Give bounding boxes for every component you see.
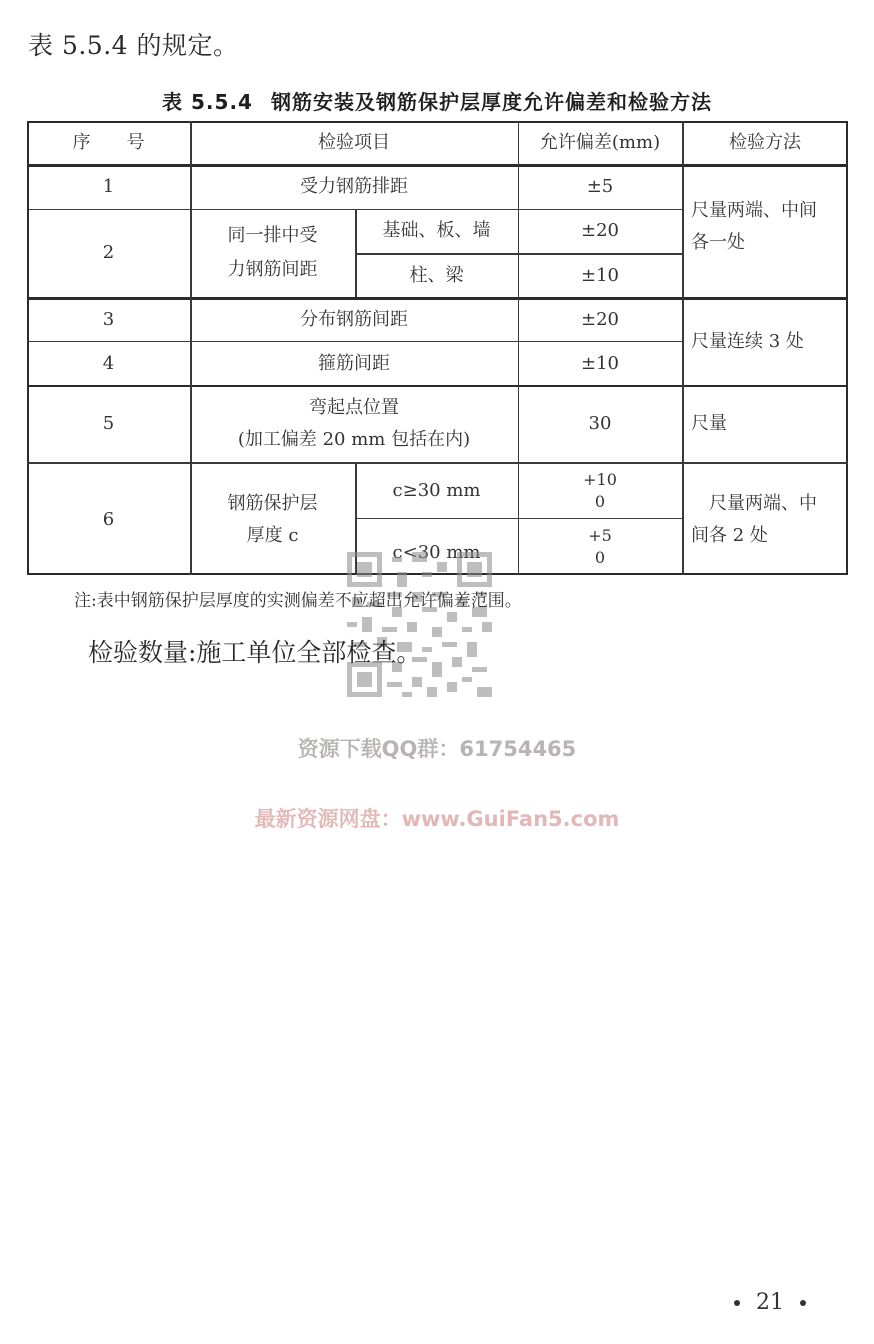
row1-item: 受力钢筋排距 [190, 165, 518, 209]
bullet-dot-icon [800, 1300, 806, 1306]
tolerance-lower: 0 [595, 491, 605, 513]
row6-item-line1: 钢筋保护层 [228, 488, 318, 520]
method-line: 间各 2 处 [691, 520, 817, 552]
header-tolerance: 允许偏差(mm) [518, 121, 682, 164]
row5-tolerance: 30 [518, 386, 682, 462]
row3-no: 3 [27, 299, 190, 341]
row2-item: 同一排中受 力钢筋间距 [190, 209, 355, 297]
table-note: 注:表中钢筋保护层厚度的实测偏差不应超出允许偏差范围。 [74, 586, 522, 611]
method-line: 尺量两端、中间 [691, 195, 817, 227]
header-no: 序 号 [27, 121, 190, 164]
row4-no: 4 [27, 342, 190, 385]
table-caption-title: 钢筋安装及钢筋保护层厚度允许偏差和检验方法 [271, 90, 712, 114]
row2-no: 2 [27, 209, 190, 297]
row4-item: 箍筋间距 [190, 342, 518, 385]
row5-item-line2: (加工偏差 20 mm 包括在内) [238, 424, 470, 456]
tolerance-lower: 0 [595, 547, 605, 569]
bullet-dot-icon [734, 1300, 740, 1306]
row5-item: 弯起点位置 (加工偏差 20 mm 包括在内) [190, 386, 518, 462]
header-item: 检验项目 [190, 121, 518, 164]
row3-tolerance: ±20 [518, 299, 682, 341]
row5-item-line1: 弯起点位置 [238, 392, 470, 424]
table-caption: 表 5.5.4钢筋安装及钢筋保护层厚度允许偏差和检验方法 [0, 86, 874, 115]
tolerance-upper: +5 [588, 525, 612, 547]
row4-tolerance: ±10 [518, 342, 682, 385]
row2b-tolerance: ±10 [518, 254, 682, 297]
page-number-value: 21 [756, 1290, 784, 1315]
row3-item: 分布钢筋间距 [190, 299, 518, 341]
method-row-5: 尺量 [683, 386, 848, 462]
row6-no: 6 [27, 464, 190, 575]
row1-tolerance: ±5 [518, 165, 682, 209]
row6a-tolerance: +10 0 [518, 464, 682, 518]
row5-no: 5 [27, 386, 190, 462]
method-line: 尺量两端、中 [691, 488, 817, 520]
header-method: 检验方法 [682, 121, 848, 164]
row6-item: 钢筋保护层 厚度 c [190, 464, 355, 575]
row6a-subitem: c≥30 mm [355, 464, 518, 518]
intro-text: 表 5.5.4 的规定。 [28, 26, 239, 62]
row2a-subitem: 基础、板、墙 [355, 209, 518, 253]
inspection-quantity: 检验数量:施工单位全部检查。 [88, 633, 421, 669]
page-number: 21 [734, 1290, 806, 1315]
method-line: 各一处 [691, 227, 817, 259]
watermark-website: 最新资源网盘：www.GuiFan5.com [0, 803, 874, 833]
qr-code-watermark [347, 552, 492, 697]
row2a-tolerance: ±20 [518, 209, 682, 253]
table-caption-number: 表 5.5.4 [162, 90, 253, 114]
method-rows-1-2: 尺量两端、中间 各一处 [683, 165, 848, 297]
method-rows-3-4: 尺量连续 3 处 [683, 299, 848, 385]
row2b-subitem: 柱、梁 [355, 254, 518, 297]
row1-no: 1 [27, 165, 190, 209]
row6b-tolerance: +5 0 [518, 519, 682, 575]
tolerance-upper: +10 [583, 469, 617, 491]
tolerance-table: 序 号 检验项目 允许偏差(mm) 检验方法 1 受力钢筋排距 ±5 2 同一排… [27, 121, 848, 575]
row6-item-line2: 厚度 c [228, 520, 318, 552]
watermark-qq-group: 资源下载QQ群：61754465 [0, 733, 874, 763]
method-row-6: 尺量两端、中 间各 2 处 [683, 464, 848, 575]
